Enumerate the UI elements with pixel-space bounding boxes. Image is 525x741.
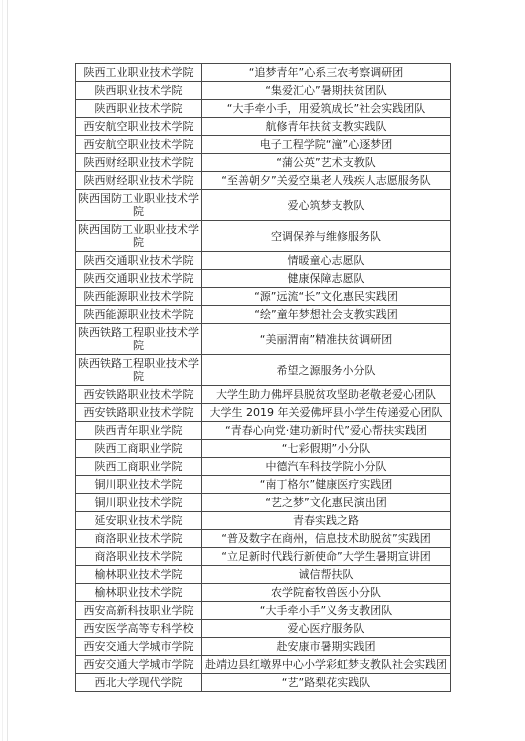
school-cell: 延安职业技术学院: [76, 512, 202, 530]
team-cell: “艺”路梨花实践队: [202, 674, 451, 692]
table-row: 陕西交通职业技术学院情暖童心志愿队: [76, 252, 451, 270]
team-cell: “普及数字在商州，信息技术助脱贫”实践团: [202, 530, 451, 548]
table-row: 商洛职业技术学院“普及数字在商州，信息技术助脱贫”实践团: [76, 530, 451, 548]
table-row: 西安医学高等专科学校爱心医疗服务队: [76, 620, 451, 638]
school-cell: 陕西国防工业职业技术学院: [76, 190, 202, 221]
school-cell: 陕西职业技术学院: [76, 82, 202, 100]
school-cell: 榆林职业技术学院: [76, 566, 202, 584]
team-cell: 空调保养与维修服务队: [202, 221, 451, 252]
school-cell: 西安航空职业技术学院: [76, 118, 202, 136]
school-cell: 陕西职业技术学院: [76, 100, 202, 118]
school-cell: 铜川职业技术学院: [76, 476, 202, 494]
table-row: 西安航空职业技术学院航修青年扶贫支教实践队: [76, 118, 451, 136]
practice-teams-table: 陕西工业职业技术学院“追梦青年”心系三农考察调研团陕西职业技术学院“集爱汇心”暑…: [75, 63, 451, 692]
school-cell: 西安医学高等专科学校: [76, 620, 202, 638]
table-row: 西安铁路职业技术学院大学生 2019 年关爱佛坪县小学生传递爱心团队: [76, 404, 451, 422]
table-row: 陕西财经职业技术学院“至善朝夕”关爱空巢老人残疾人志愿服务队: [76, 172, 451, 190]
team-cell: “源”远流“长”文化惠民实践团: [202, 288, 451, 306]
document-page: 陕西工业职业技术学院“追梦青年”心系三农考察调研团陕西职业技术学院“集爱汇心”暑…: [0, 0, 525, 741]
team-cell: “大手牵小手，用爱筑成长”社会实践团队: [202, 100, 451, 118]
table-row: 铜川职业技术学院“艺之梦”文化惠民演出团: [76, 494, 451, 512]
table-row: 陕西职业技术学院“集爱汇心”暑期扶贫团队: [76, 82, 451, 100]
school-cell: 西北大学现代学院: [76, 674, 202, 692]
team-cell: 诚信帮扶队: [202, 566, 451, 584]
team-cell: “南丁格尔”健康医疗实践团: [202, 476, 451, 494]
table-row: 榆林职业技术学院农学院畜牧兽医小分队: [76, 584, 451, 602]
table-row: 商洛职业技术学院“立足新时代践行新使命”大学生暑期宣讲团: [76, 548, 451, 566]
team-cell: “追梦青年”心系三农考察调研团: [202, 64, 451, 82]
school-cell: 西安高新科技职业学院: [76, 602, 202, 620]
school-cell: 陕西工业职业技术学院: [76, 64, 202, 82]
school-cell: 商洛职业技术学院: [76, 548, 202, 566]
team-cell: 情暖童心志愿队: [202, 252, 451, 270]
table-row: 陕西工商职业学院“七彩假期”小分队: [76, 440, 451, 458]
table-row: 陕西职业技术学院“大手牵小手，用爱筑成长”社会实践团队: [76, 100, 451, 118]
table-row: 陕西工业职业技术学院“追梦青年”心系三农考察调研团: [76, 64, 451, 82]
page-edge-line: [2, 0, 3, 741]
team-cell: 赴安康市暑期实践团: [202, 638, 451, 656]
school-cell: 陕西铁路工程职业技术学院: [76, 355, 202, 386]
school-cell: 商洛职业技术学院: [76, 530, 202, 548]
school-cell: 西安交通大学城市学院: [76, 638, 202, 656]
team-cell: “美丽渭南”精准扶贫调研团: [202, 324, 451, 355]
school-cell: 陕西青年职业学院: [76, 422, 202, 440]
team-cell: “至善朝夕”关爱空巢老人残疾人志愿服务队: [202, 172, 451, 190]
table-row: 陕西国防工业职业技术学院爱心筑梦支教队: [76, 190, 451, 221]
table-row: 陕西铁路工程职业技术学院“美丽渭南”精准扶贫调研团: [76, 324, 451, 355]
table-row: 陕西能源职业技术学院“源”远流“长”文化惠民实践团: [76, 288, 451, 306]
school-cell: 西安铁路职业技术学院: [76, 404, 202, 422]
school-cell: 陕西交通职业技术学院: [76, 252, 202, 270]
team-cell: 青春实践之路: [202, 512, 451, 530]
table-row: 西北大学现代学院“艺”路梨花实践队: [76, 674, 451, 692]
table-row: 西安交通大学城市学院赴靖边县红墩界中心小学彩虹梦支教队社会实践团: [76, 656, 451, 674]
team-cell: 航修青年扶贫支教实践队: [202, 118, 451, 136]
team-cell: 农学院畜牧兽医小分队: [202, 584, 451, 602]
table-row: 陕西青年职业学院“青春心向党·建功新时代”爱心帮扶实践团: [76, 422, 451, 440]
team-cell: “艺之梦”文化惠民演出团: [202, 494, 451, 512]
team-cell: 电子工程学院“潼”心逐梦团: [202, 136, 451, 154]
team-cell: “集爱汇心”暑期扶贫团队: [202, 82, 451, 100]
school-cell: 铜川职业技术学院: [76, 494, 202, 512]
school-cell: 陕西国防工业职业技术学院: [76, 221, 202, 252]
school-cell: 西安交通大学城市学院: [76, 656, 202, 674]
page-edge-line: [7, 0, 8, 741]
table-row: 西安高新科技职业学院“大手牵小手”义务支教团队: [76, 602, 451, 620]
team-cell: 大学生助力佛坪县脱贫攻坚助老敬老爱心团队: [202, 386, 451, 404]
team-cell: “立足新时代践行新使命”大学生暑期宣讲团: [202, 548, 451, 566]
table-row: 西安铁路职业技术学院大学生助力佛坪县脱贫攻坚助老敬老爱心团队: [76, 386, 451, 404]
team-cell: “七彩假期”小分队: [202, 440, 451, 458]
table-row: 延安职业技术学院青春实践之路: [76, 512, 451, 530]
team-cell: 爱心医疗服务队: [202, 620, 451, 638]
table-row: 陕西工商职业学院中德汽车科技学院小分队: [76, 458, 451, 476]
table-row: 陕西交通职业技术学院健康保障志愿队: [76, 270, 451, 288]
school-cell: 陕西工商职业学院: [76, 440, 202, 458]
team-cell: 中德汽车科技学院小分队: [202, 458, 451, 476]
team-cell: “大手牵小手”义务支教团队: [202, 602, 451, 620]
school-cell: 陕西财经职业技术学院: [76, 172, 202, 190]
school-cell: 陕西能源职业技术学院: [76, 288, 202, 306]
team-cell: 爱心筑梦支教队: [202, 190, 451, 221]
school-cell: 西安航空职业技术学院: [76, 136, 202, 154]
table-row: 陕西财经职业技术学院“蒲公英”艺术支教队: [76, 154, 451, 172]
team-cell: “蒲公英”艺术支教队: [202, 154, 451, 172]
team-cell: “绘”童年梦想社会支教实践团: [202, 306, 451, 324]
table-row: 西安交通大学城市学院赴安康市暑期实践团: [76, 638, 451, 656]
school-cell: 陕西财经职业技术学院: [76, 154, 202, 172]
team-cell: 健康保障志愿队: [202, 270, 451, 288]
table-row: 西安航空职业技术学院电子工程学院“潼”心逐梦团: [76, 136, 451, 154]
school-cell: 陕西能源职业技术学院: [76, 306, 202, 324]
team-cell: 希望之源服务小分队: [202, 355, 451, 386]
team-cell: 赴靖边县红墩界中心小学彩虹梦支教队社会实践团: [202, 656, 451, 674]
table-row: 陕西能源职业技术学院“绘”童年梦想社会支教实践团: [76, 306, 451, 324]
team-cell: 大学生 2019 年关爱佛坪县小学生传递爱心团队: [202, 404, 451, 422]
school-cell: 陕西铁路工程职业技术学院: [76, 324, 202, 355]
table-row: 榆林职业技术学院诚信帮扶队: [76, 566, 451, 584]
table-row: 铜川职业技术学院“南丁格尔”健康医疗实践团: [76, 476, 451, 494]
team-cell: “青春心向党·建功新时代”爱心帮扶实践团: [202, 422, 451, 440]
school-cell: 西安铁路职业技术学院: [76, 386, 202, 404]
school-cell: 陕西工商职业学院: [76, 458, 202, 476]
table-row: 陕西铁路工程职业技术学院希望之源服务小分队: [76, 355, 451, 386]
school-cell: 陕西交通职业技术学院: [76, 270, 202, 288]
school-cell: 榆林职业技术学院: [76, 584, 202, 602]
table-row: 陕西国防工业职业技术学院空调保养与维修服务队: [76, 221, 451, 252]
